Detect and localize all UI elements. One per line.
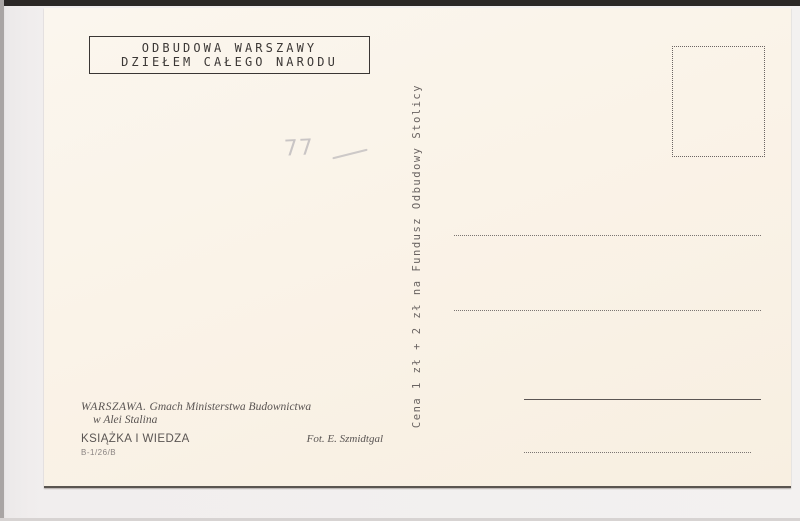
scan-top-edge	[0, 0, 800, 6]
headline-line-2: DZIEŁEM CAŁEGO NARODU	[90, 55, 369, 69]
caption-building: Gmach Ministerstwa Budownictwa	[147, 401, 312, 413]
publisher-name: KSIĄŻKA I WIEDZA	[81, 431, 190, 447]
caption-title: WARSZAWA. Gmach Ministerstwa Budownictwa	[81, 401, 381, 414]
headline-line-1: ODBUDOWA WARSZAWY	[90, 41, 369, 55]
pencil-handwritten-note: 77	[283, 135, 314, 162]
address-line-1	[454, 235, 761, 236]
address-line-4	[524, 452, 751, 453]
photo-caption: WARSZAWA. Gmach Ministerstwa Budownictwa…	[81, 401, 381, 457]
publisher-row: KSIĄŻKA I WIEDZA Fot. E. Szmidtgal	[81, 431, 381, 447]
caption-subtitle: w Alei Stalina	[81, 414, 381, 427]
address-line-2	[454, 310, 761, 311]
price-note-text: Cena 1 zł + 2 zł na Fundusz Odbudowy Sto…	[411, 83, 423, 427]
address-line-3	[524, 399, 761, 400]
stamp-box	[672, 46, 765, 157]
caption-city: WARSZAWA.	[81, 401, 147, 413]
scan-left-edge	[0, 0, 4, 521]
photographer-credit: Fot. E. Szmidtgal	[307, 431, 383, 447]
pencil-dash-mark	[332, 149, 367, 160]
headline-box: ODBUDOWA WARSZAWY DZIEŁEM CAŁEGO NARODU	[89, 36, 370, 74]
price-note-vertical: Cena 1 zł + 2 zł na Fundusz Odbudowy Sto…	[406, 63, 428, 448]
print-code: B-1/26/B	[81, 448, 381, 457]
scanned-postcard-image: ODBUDOWA WARSZAWY DZIEŁEM CAŁEGO NARODU …	[0, 0, 800, 521]
postcard-back: ODBUDOWA WARSZAWY DZIEŁEM CAŁEGO NARODU …	[44, 8, 791, 488]
